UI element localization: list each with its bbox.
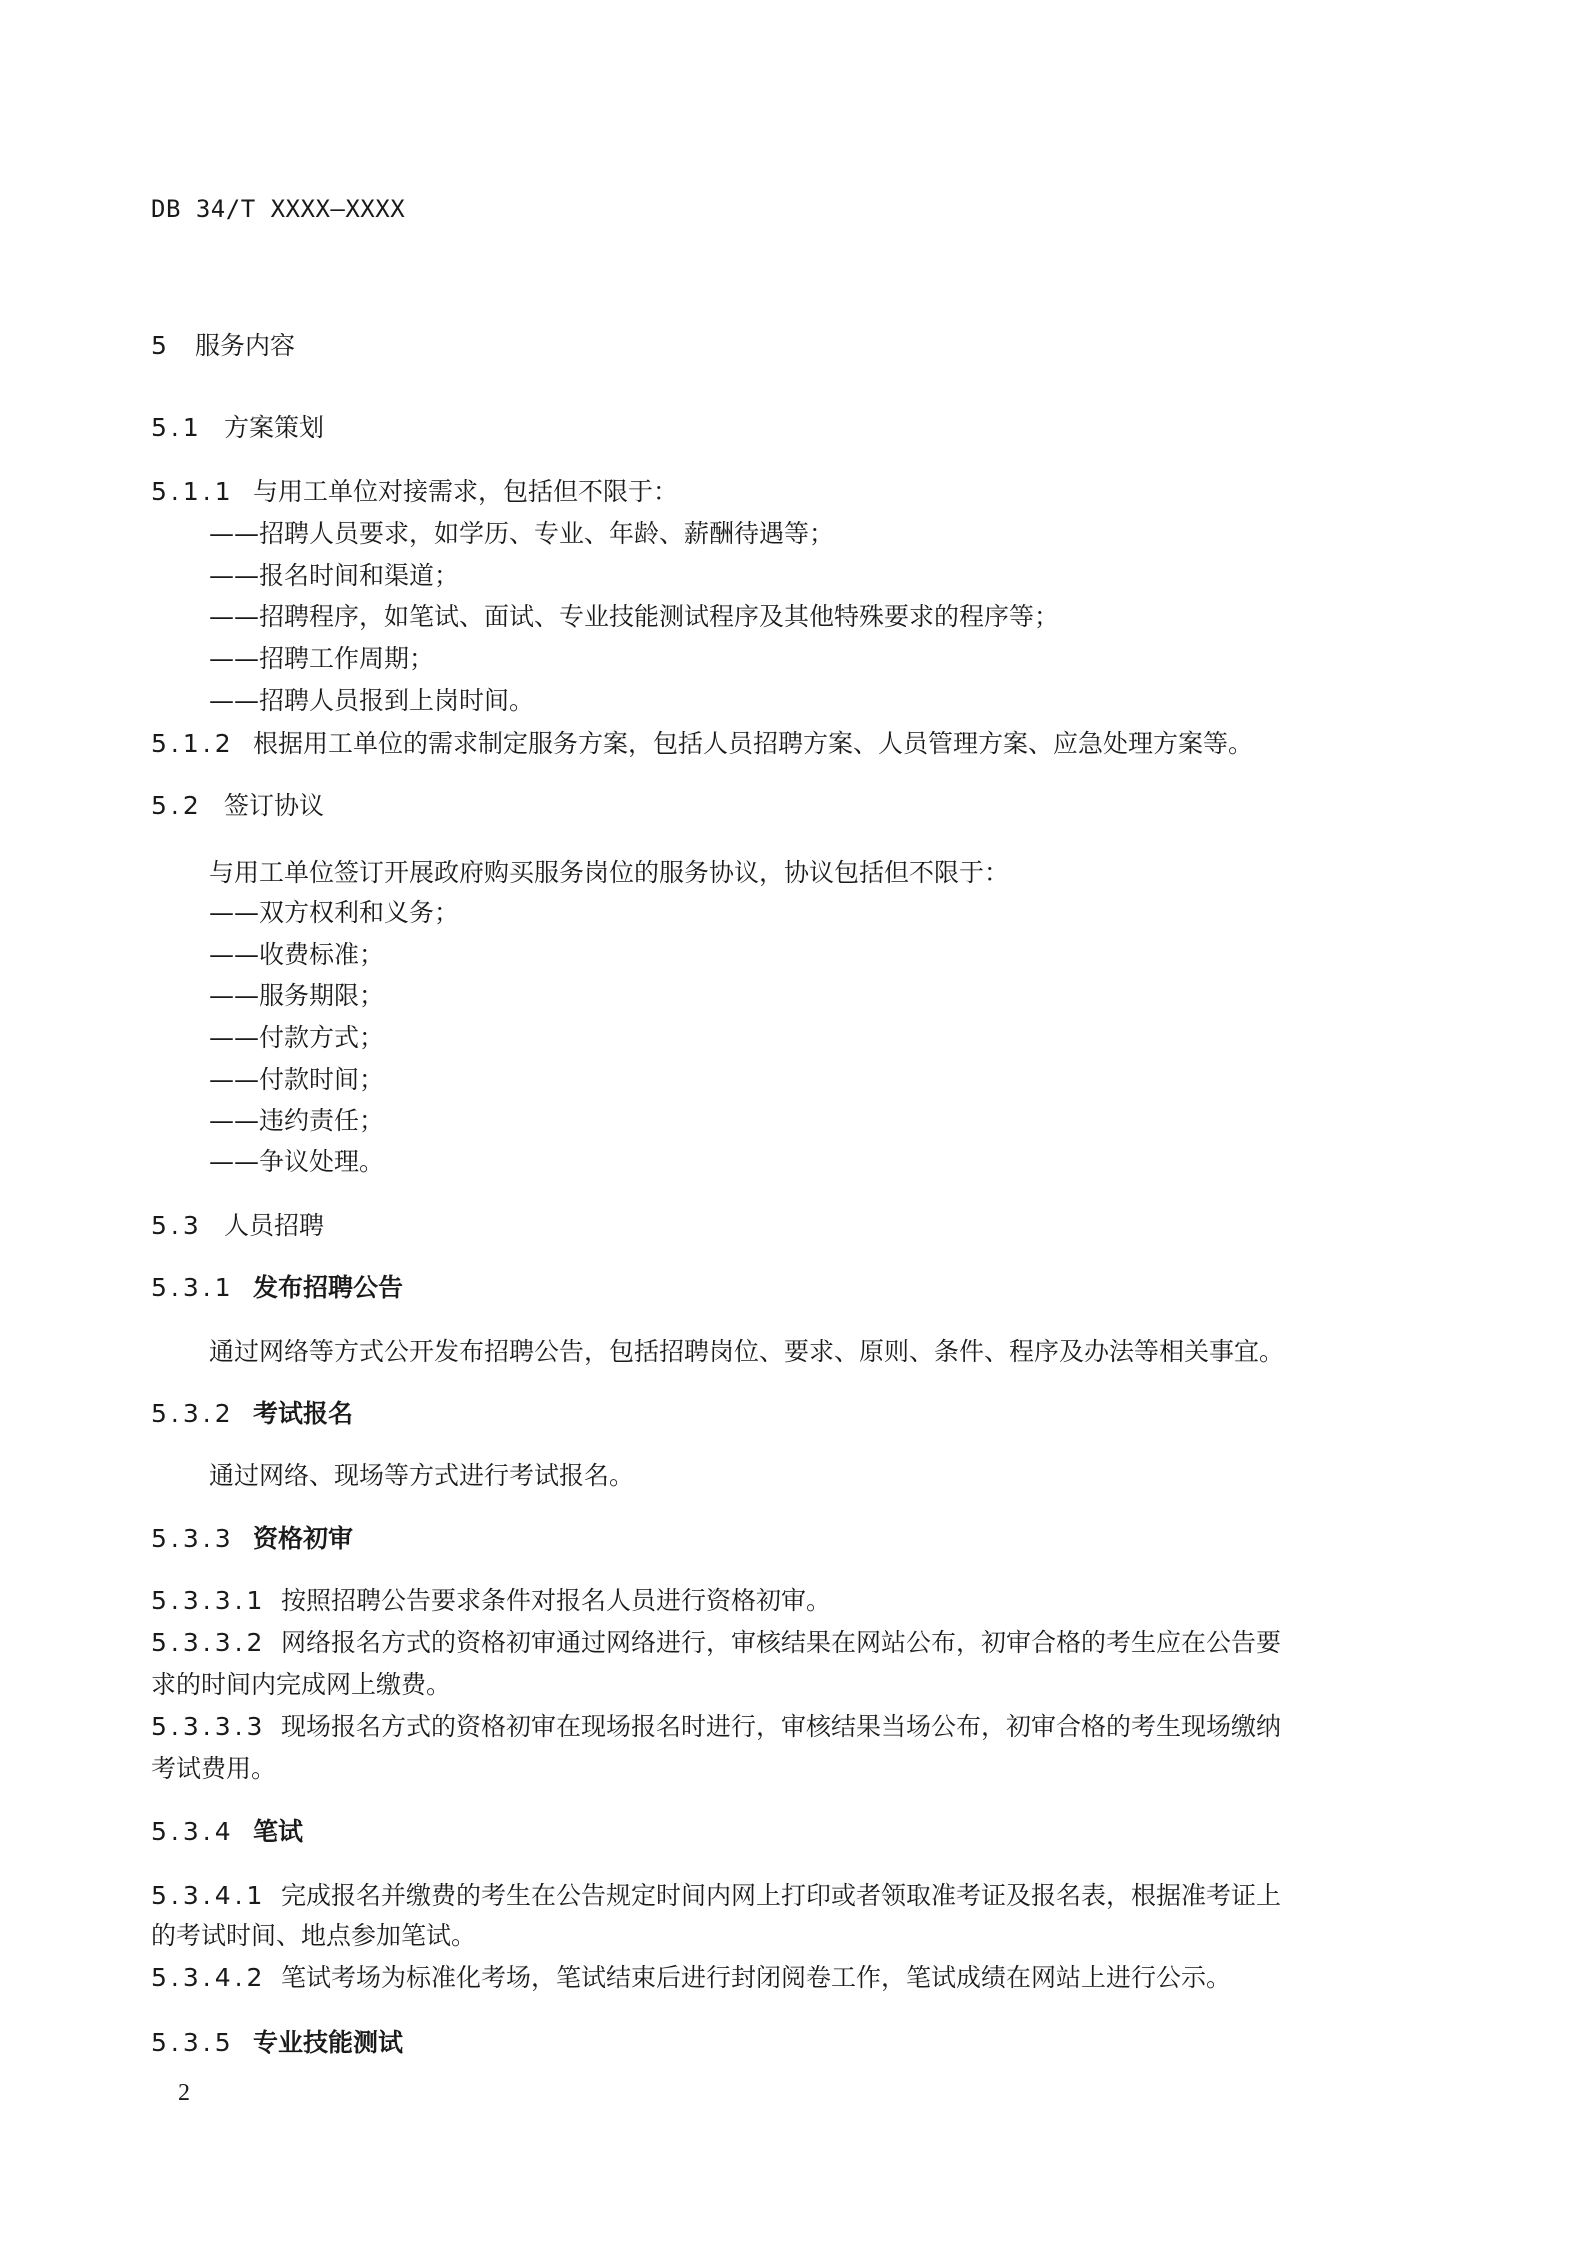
list-item: ——付款时间；	[209, 1065, 384, 1095]
clause-number: 5.1.2	[151, 729, 253, 759]
section-number: 5.3.1	[151, 1273, 253, 1303]
section-5-3-2-heading: 5.3.2考试报名	[151, 1399, 353, 1429]
clause-continuation: 求的时间内完成网上缴费。	[151, 1670, 451, 1700]
clause-number: 5.3.3.1	[151, 1586, 281, 1616]
paragraph: 通过网络、现场等方式进行考试报名。	[209, 1461, 634, 1491]
section-5-3-heading: 5.3人员招聘	[151, 1211, 324, 1241]
clause-text: 根据用工单位的需求制定服务方案，包括人员招聘方案、人员管理方案、应急处理方案等。	[253, 729, 1253, 758]
section-title: 方案策划	[224, 413, 324, 442]
section-5-2-heading: 5.2签订协议	[151, 791, 324, 821]
clause-number: 5.1.1	[151, 477, 253, 507]
section-title: 考试报名	[253, 1399, 353, 1428]
section-title: 资格初审	[253, 1524, 353, 1553]
list-item: ——招聘程序，如笔试、面试、专业技能测试程序及其他特殊要求的程序等；	[209, 602, 1059, 632]
clause-5-3-3-3: 5.3.3.3现场报名方式的资格初审在现场报名时进行，审核结果当场公布，初审合格…	[151, 1712, 1281, 1742]
paragraph: 与用工单位签订开展政府购买服务岗位的服务协议，协议包括但不限于：	[209, 858, 1009, 888]
section-title: 笔试	[253, 1817, 303, 1846]
clause-text: 网络报名方式的资格初审通过网络进行，审核结果在网站公布，初审合格的考生应在公告要	[281, 1628, 1281, 1657]
clause-text: 完成报名并缴费的考生在公告规定时间内网上打印或者领取准考证及报名表，根据准考证上	[281, 1881, 1281, 1910]
section-5-3-1-heading: 5.3.1发布招聘公告	[151, 1273, 403, 1303]
section-number: 5.3	[151, 1211, 224, 1241]
section-title: 发布招聘公告	[253, 1273, 403, 1302]
list-item: ——收费标准；	[209, 940, 384, 970]
list-item: ——违约责任；	[209, 1106, 384, 1136]
list-item: ——招聘人员要求，如学历、专业、年龄、薪酬待遇等；	[209, 519, 834, 549]
clause-5-1-1: 5.1.1与用工单位对接需求，包括但不限于：	[151, 477, 678, 507]
section-number: 5.3.5	[151, 2028, 253, 2058]
list-item: ——付款方式；	[209, 1023, 384, 1053]
section-number: 5.2	[151, 791, 224, 821]
clause-5-1-2: 5.1.2根据用工单位的需求制定服务方案，包括人员招聘方案、人员管理方案、应急处…	[151, 729, 1253, 759]
clause-text: 按照招聘公告要求条件对报名人员进行资格初审。	[281, 1586, 831, 1615]
clause-number: 5.3.3.2	[151, 1628, 281, 1658]
clause-5-3-4-2: 5.3.4.2笔试考场为标准化考场，笔试结束后进行封闭阅卷工作，笔试成绩在网站上…	[151, 1963, 1231, 1993]
section-number: 5	[151, 331, 195, 361]
clause-text: 与用工单位对接需求，包括但不限于：	[253, 477, 678, 506]
document-code-header: DB 34/T XXXX—XXXX	[151, 194, 405, 224]
section-5-1-heading: 5.1方案策划	[151, 413, 324, 443]
section-number: 5.3.2	[151, 1399, 253, 1429]
section-title: 人员招聘	[224, 1211, 324, 1240]
clause-5-3-3-2: 5.3.3.2网络报名方式的资格初审通过网络进行，审核结果在网站公布，初审合格的…	[151, 1628, 1281, 1658]
clause-5-3-4-1: 5.3.4.1完成报名并缴费的考生在公告规定时间内网上打印或者领取准考证及报名表…	[151, 1881, 1281, 1911]
list-item: ——服务期限；	[209, 981, 384, 1011]
section-5-3-5-heading: 5.3.5专业技能测试	[151, 2028, 403, 2058]
list-item: ——报名时间和渠道；	[209, 561, 459, 591]
section-title: 签订协议	[224, 791, 324, 820]
paragraph: 通过网络等方式公开发布招聘公告，包括招聘岗位、要求、原则、条件、程序及办法等相关…	[209, 1337, 1284, 1367]
clause-5-3-3-1: 5.3.3.1按照招聘公告要求条件对报名人员进行资格初审。	[151, 1586, 831, 1616]
section-title: 服务内容	[195, 331, 295, 360]
list-item: ——招聘工作周期；	[209, 644, 434, 674]
list-item: ——招聘人员报到上岗时间。	[209, 686, 534, 716]
section-number: 5.3.4	[151, 1817, 253, 1847]
list-item: ——双方权利和义务；	[209, 898, 459, 928]
clause-number: 5.3.3.3	[151, 1712, 281, 1742]
section-5-3-3-heading: 5.3.3资格初审	[151, 1524, 353, 1554]
clause-number: 5.3.4.2	[151, 1963, 281, 1993]
clause-number: 5.3.4.1	[151, 1881, 281, 1911]
section-5-3-4-heading: 5.3.4笔试	[151, 1817, 303, 1847]
list-item: ——争议处理。	[209, 1147, 384, 1177]
section-number: 5.3.3	[151, 1524, 253, 1554]
clause-text: 笔试考场为标准化考场，笔试结束后进行封闭阅卷工作，笔试成绩在网站上进行公示。	[281, 1963, 1231, 1992]
section-5-heading: 5服务内容	[151, 331, 295, 361]
clause-text: 现场报名方式的资格初审在现场报名时进行，审核结果当场公布，初审合格的考生现场缴纳	[281, 1712, 1281, 1741]
page-number: 2	[178, 2080, 190, 2107]
clause-continuation: 考试费用。	[151, 1754, 276, 1784]
section-title: 专业技能测试	[253, 2028, 403, 2057]
section-number: 5.1	[151, 413, 224, 443]
clause-continuation: 的考试时间、地点参加笔试。	[151, 1921, 476, 1951]
